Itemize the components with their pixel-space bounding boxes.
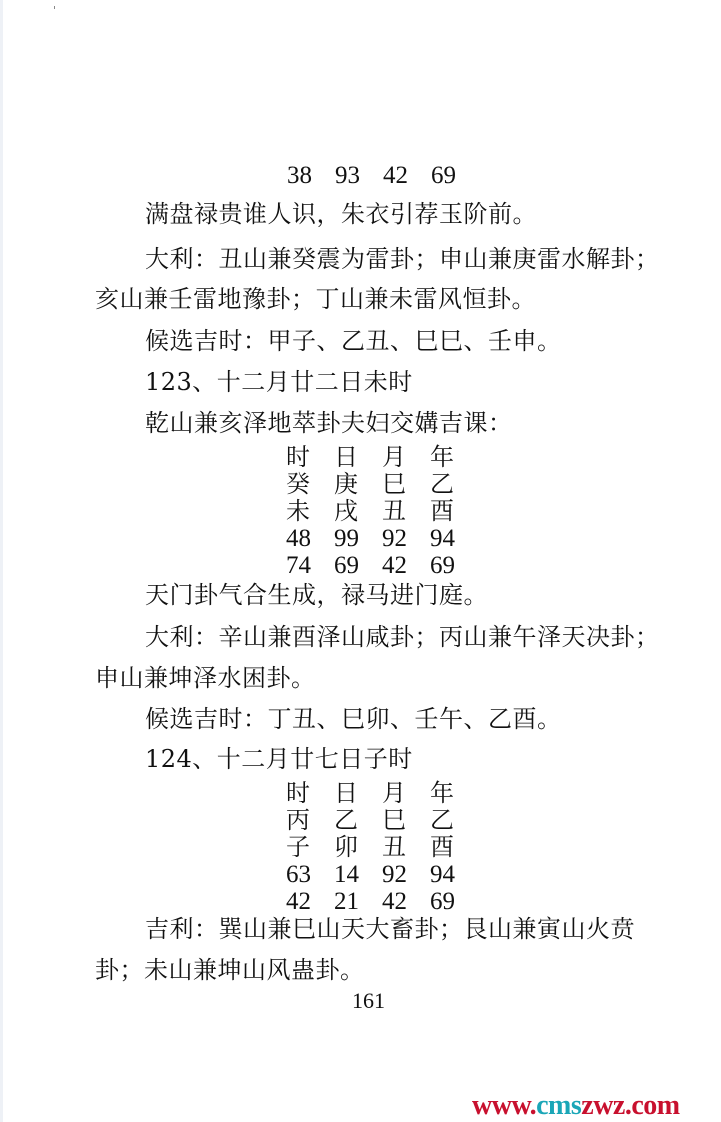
table-cell: 未 bbox=[286, 498, 334, 525]
table-header-cell: 时 bbox=[286, 444, 334, 471]
table-cell: 乙 bbox=[334, 807, 382, 834]
table-cell: 42 bbox=[382, 552, 430, 579]
table-cell: 乙 bbox=[430, 471, 478, 498]
table-cell: 巳 bbox=[382, 471, 430, 498]
table-header-cell: 年 bbox=[430, 444, 478, 471]
verse-line: 天门卦气合生成，禄马进门庭。 bbox=[145, 581, 488, 609]
table-cell: 42 bbox=[382, 888, 430, 915]
table-row-numbers-b: 74694269 bbox=[286, 552, 478, 579]
table-row-stems: 丙乙巳乙 bbox=[286, 807, 478, 834]
page-left-edge bbox=[0, 0, 3, 1122]
jili-line-continued: 卦；未山兼坤山风蛊卦。 bbox=[95, 956, 365, 984]
table-cell: 酉 bbox=[430, 498, 478, 525]
table-cell: 丙 bbox=[286, 807, 334, 834]
table-row-branches: 子卯丑酉 bbox=[286, 834, 478, 861]
table-cell: 94 bbox=[430, 861, 478, 888]
table-cell: 卯 bbox=[334, 834, 382, 861]
table-cell: 69 bbox=[334, 552, 382, 579]
dali-line: 大利：丑山兼癸震为雷卦；申山兼庚雷水解卦； bbox=[145, 245, 660, 273]
table-cell: 69 bbox=[430, 888, 478, 915]
table-header-cell: 时 bbox=[286, 780, 334, 807]
watermark-mid: cms bbox=[536, 1090, 581, 1121]
table-header-row: 时日月年 bbox=[286, 780, 478, 807]
table-header-cell: 年 bbox=[430, 780, 478, 807]
table-cell: 子 bbox=[286, 834, 334, 861]
bazi-table-124: 时日月年 丙乙巳乙 子卯丑酉 63149294 42214269 bbox=[286, 780, 478, 915]
table-row-numbers-a: 48999294 bbox=[286, 525, 478, 552]
table-cell: 丑 bbox=[382, 498, 430, 525]
table-row-branches: 未戌丑酉 bbox=[286, 498, 478, 525]
section-heading-123: 123、十二月廿二日未时 bbox=[145, 368, 413, 396]
table-row-numbers-a: 63149294 bbox=[286, 861, 478, 888]
number-cell: 42 bbox=[383, 162, 431, 190]
table-cell: 92 bbox=[382, 525, 430, 552]
table-cell: 92 bbox=[382, 861, 430, 888]
table-cell: 14 bbox=[334, 861, 382, 888]
table-cell: 戌 bbox=[334, 498, 382, 525]
table-cell: 癸 bbox=[286, 471, 334, 498]
table-cell: 99 bbox=[334, 525, 382, 552]
verse-line: 满盘禄贵谁人识，朱衣引荐玉阶前。 bbox=[145, 200, 537, 228]
table-cell: 69 bbox=[430, 552, 478, 579]
table-cell: 巳 bbox=[382, 807, 430, 834]
table-row-numbers-b: 42214269 bbox=[286, 888, 478, 915]
table-row-stems: 癸庚巳乙 bbox=[286, 471, 478, 498]
table-header-cell: 日 bbox=[334, 780, 382, 807]
table-cell: 庚 bbox=[334, 471, 382, 498]
number-cell: 38 bbox=[287, 162, 335, 190]
site-watermark: www.cmszwz.com bbox=[472, 1090, 680, 1122]
page-number: 161 bbox=[352, 988, 385, 1014]
table-cell: 丑 bbox=[382, 834, 430, 861]
jili-line: 吉利：巽山兼巳山天大畜卦；艮山兼寅山火贲 bbox=[145, 915, 635, 943]
table-cell: 63 bbox=[286, 861, 334, 888]
section-heading-124: 124、十二月廿七日子时 bbox=[145, 745, 413, 773]
watermark-suffix: zwz.com bbox=[581, 1090, 679, 1121]
scan-speck bbox=[54, 6, 55, 9]
table-cell: 74 bbox=[286, 552, 334, 579]
number-cell: 69 bbox=[431, 162, 479, 190]
number-cell: 93 bbox=[335, 162, 383, 190]
table-cell: 94 bbox=[430, 525, 478, 552]
table-header-row: 时日月年 bbox=[286, 444, 478, 471]
dali-line: 大利：辛山兼酉泽山咸卦；丙山兼午泽天决卦； bbox=[145, 623, 660, 651]
watermark-prefix: www. bbox=[472, 1090, 536, 1121]
candidate-times-line: 候选吉时：甲子、乙丑、巳巳、壬申。 bbox=[145, 327, 562, 355]
table-header-cell: 月 bbox=[382, 780, 430, 807]
table-header-cell: 日 bbox=[334, 444, 382, 471]
top-numbers-row: 38934269 bbox=[287, 162, 479, 190]
table-cell: 21 bbox=[334, 888, 382, 915]
dali-line-continued: 申山兼坤泽水困卦。 bbox=[95, 664, 316, 692]
dali-line-continued: 亥山兼壬雷地豫卦；丁山兼未雷风恒卦。 bbox=[95, 285, 536, 313]
table-cell: 42 bbox=[286, 888, 334, 915]
section-subtitle-123: 乾山兼亥泽地萃卦夫妇交媾吉课： bbox=[145, 409, 513, 437]
table-header-cell: 月 bbox=[382, 444, 430, 471]
table-cell: 酉 bbox=[430, 834, 478, 861]
table-cell: 乙 bbox=[430, 807, 478, 834]
bazi-table-123: 时日月年 癸庚巳乙 未戌丑酉 48999294 74694269 bbox=[286, 444, 478, 579]
candidate-times-line: 候选吉时：丁丑、巳卯、壬午、乙酉。 bbox=[145, 705, 562, 733]
table-cell: 48 bbox=[286, 525, 334, 552]
